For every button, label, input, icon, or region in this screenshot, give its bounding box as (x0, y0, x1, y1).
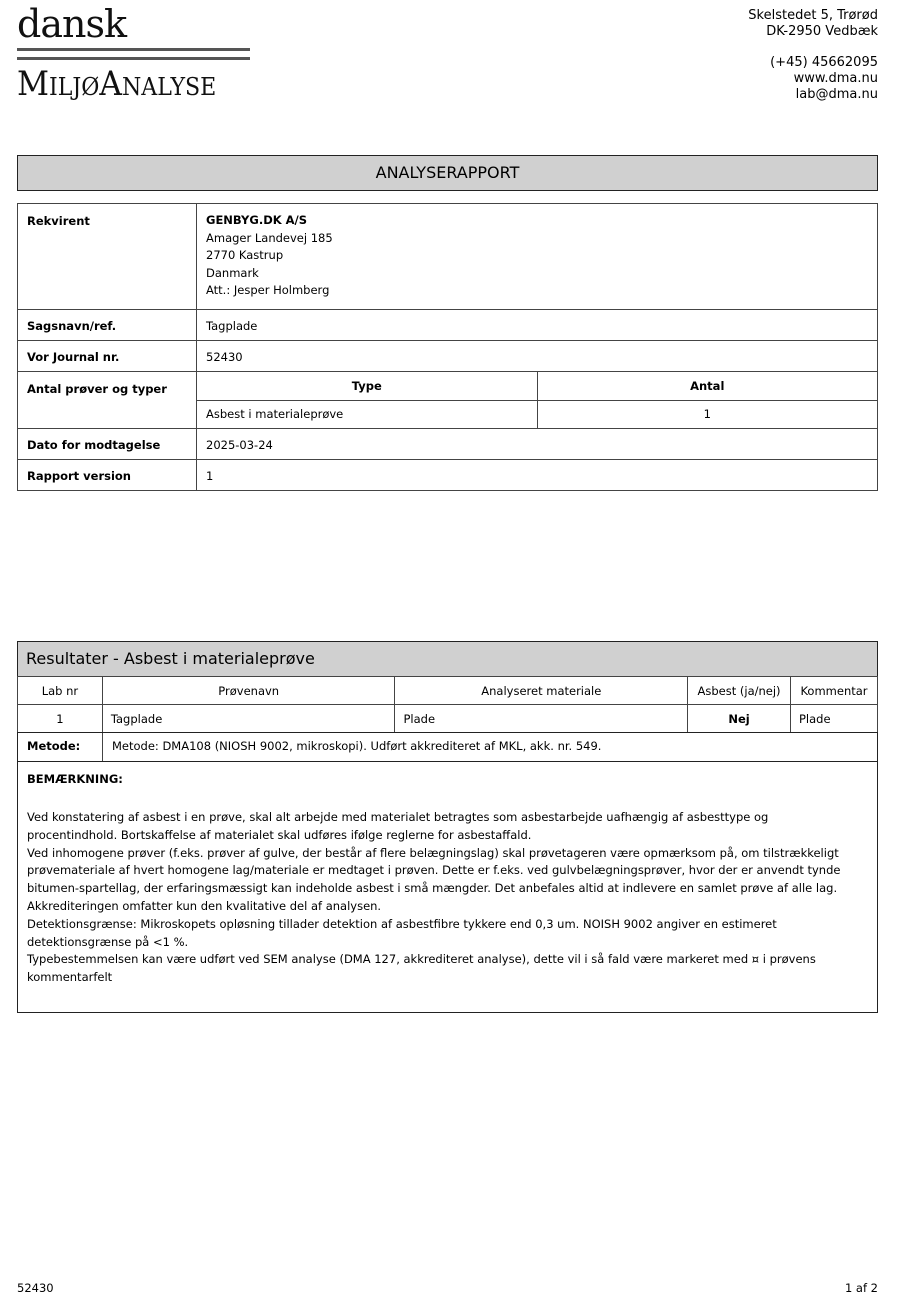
logo-rule (17, 48, 250, 51)
address-street: Skelstedet 5, Trørød (748, 8, 878, 24)
remarks-line: Ved inhomogene prøver (f.eks. prøver af … (27, 845, 868, 863)
cell-asbestos: Nej (688, 705, 791, 733)
version-label: Rapport version (18, 460, 197, 491)
samples-table: Type Antal Asbest i materialeprøve 1 (197, 372, 877, 428)
address-city: DK-2950 Vedbæk (748, 24, 878, 40)
company-address: Skelstedet 5, Trørød DK-2950 Vedbæk (+45… (748, 8, 878, 103)
rekvirent-city: 2770 Kastrup (206, 247, 868, 265)
remarks-line: detektionsgrænse på <1 %. (27, 934, 868, 952)
remarks-line: Ved konstatering af asbest i en prøve, s… (27, 809, 868, 827)
remarks-line: kommentarfelt (27, 969, 868, 987)
logo-rule (17, 57, 250, 60)
col-asbestos: Asbest (ja/nej) (688, 677, 791, 705)
address-web: www.dma.nu (748, 71, 878, 87)
address-phone: (+45) 45662095 (748, 55, 878, 71)
sagsnavn-label: Sagsnavn/ref. (18, 310, 197, 341)
address-email: lab@dma.nu (748, 87, 878, 103)
samples-header-row: Type Antal (197, 372, 877, 400)
received-label: Dato for modtagelse (18, 429, 197, 460)
results-title: Resultater - Asbest i materialeprøve (17, 641, 878, 677)
remarks-line: Detektionsgrænse: Mikroskopets opløsning… (27, 916, 868, 934)
remarks-line: bitumen-spartellag, der erfaringsmæssigt… (27, 880, 868, 898)
journal-value: 52430 (197, 341, 878, 372)
results-table: Lab nr Prøvenavn Analyseret materiale As… (17, 676, 878, 733)
col-comment: Kommentar (790, 677, 877, 705)
sagsnavn-value: Tagplade (197, 310, 878, 341)
sample-count: 1 (537, 400, 877, 428)
results-header-row: Lab nr Prøvenavn Analyseret materiale As… (18, 677, 878, 705)
samples-header-count: Antal (537, 372, 877, 400)
remarks-title: BEMÆRKNING: (27, 771, 868, 787)
logo-text-dansk: dansk (17, 4, 253, 44)
cell-material: Plade (395, 705, 688, 733)
report-info-table: Rekvirent GENBYG.DK A/S Amager Landevej … (17, 203, 878, 491)
company-logo: dansk MiljøAnalyse (17, 4, 253, 104)
col-lab-nr: Lab nr (18, 677, 103, 705)
samples-table-cell: Type Antal Asbest i materialeprøve 1 (197, 372, 878, 429)
table-row: 1 Tagplade Plade Nej Plade (18, 705, 878, 733)
cell-sample-name: Tagplade (102, 705, 395, 733)
report-title: ANALYSERAPPORT (17, 155, 878, 191)
sample-type: Asbest i materialeprøve (197, 400, 537, 428)
method-label: Metode: (18, 733, 103, 761)
footer-page-number: 1 af 2 (845, 1281, 878, 1295)
method-row: Metode: Metode: DMA108 (NIOSH 9002, mikr… (17, 732, 878, 762)
rekvirent-company: GENBYG.DK A/S (206, 212, 868, 230)
rekvirent-value: GENBYG.DK A/S Amager Landevej 185 2770 K… (197, 204, 878, 310)
remarks-body: Ved konstatering af asbest i en prøve, s… (27, 809, 868, 987)
col-sample-name: Prøvenavn (102, 677, 395, 705)
remarks-line: Typebestemmelsen kan være udført ved SEM… (27, 951, 868, 969)
table-row: Vor Journal nr. 52430 (18, 341, 878, 372)
footer-journal: 52430 (17, 1281, 54, 1295)
journal-label: Vor Journal nr. (18, 341, 197, 372)
remarks-line: prøvemateriale af hvert homogene lag/mat… (27, 862, 868, 880)
table-row: Antal prøver og typer Type Antal Asbest … (18, 372, 878, 429)
rekvirent-label: Rekvirent (18, 204, 197, 310)
cell-comment: Plade (790, 705, 877, 733)
table-row: Asbest i materialeprøve 1 (197, 400, 877, 428)
logo-text-miljoanalyse: MiljøAnalyse (17, 64, 234, 104)
remarks-line: procentindhold. Bortskaffelse af materia… (27, 827, 868, 845)
method-value: Metode: DMA108 (NIOSH 9002, mikroskopi).… (103, 733, 610, 761)
version-value: 1 (197, 460, 878, 491)
rekvirent-country: Danmark (206, 265, 868, 283)
rekvirent-att: Att.: Jesper Holmberg (206, 282, 868, 300)
col-material: Analyseret materiale (395, 677, 688, 705)
remarks-line: Akkrediteringen omfatter kun den kvalita… (27, 898, 868, 916)
samples-header-type: Type (197, 372, 537, 400)
table-row: Rekvirent GENBYG.DK A/S Amager Landevej … (18, 204, 878, 310)
cell-lab-nr: 1 (18, 705, 103, 733)
table-row: Sagsnavn/ref. Tagplade (18, 310, 878, 341)
received-value: 2025-03-24 (197, 429, 878, 460)
table-row: Dato for modtagelse 2025-03-24 (18, 429, 878, 460)
rekvirent-street: Amager Landevej 185 (206, 230, 868, 248)
table-row: Rapport version 1 (18, 460, 878, 491)
samples-label: Antal prøver og typer (18, 372, 197, 429)
remarks-box: BEMÆRKNING: Ved konstatering af asbest i… (17, 761, 878, 1013)
